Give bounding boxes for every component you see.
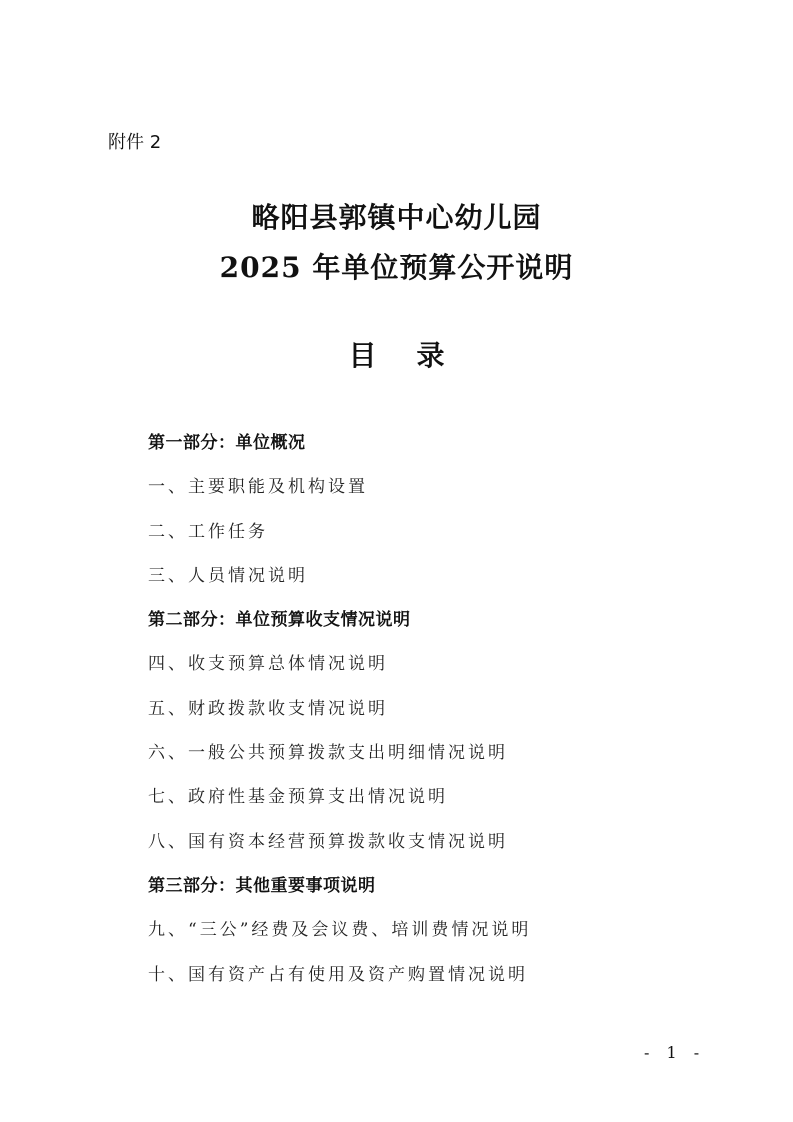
attachment-label: 附件 2 (108, 128, 161, 154)
toc-heading-char-1: 目 (348, 334, 376, 374)
toc-item-2: 二、工作任务 (148, 519, 531, 563)
toc-part-3: 第三部分：其他重要事项说明 (148, 873, 531, 917)
toc-item-8: 八、国有资本经营预算拨款收支情况说明 (148, 829, 531, 873)
toc-item-4: 四、收支预算总体情况说明 (148, 651, 531, 695)
toc-part-1: 第一部分：单位概况 (148, 430, 531, 474)
toc-part-2: 第二部分：单位预算收支情况说明 (148, 607, 531, 651)
toc-item-1: 一、主要职能及机构设置 (148, 474, 531, 518)
page-number: - 1 - (644, 1043, 705, 1062)
toc-item-9: 九、“三公”经费及会议费、培训费情况说明 (148, 917, 531, 961)
toc-item-7: 七、政府性基金预算支出情况说明 (148, 784, 531, 828)
toc-item-5: 五、财政拨款收支情况说明 (148, 696, 531, 740)
table-of-contents: 第一部分：单位概况 一、主要职能及机构设置 二、工作任务 三、人员情况说明 第二… (148, 430, 531, 1006)
toc-heading: 目录 (0, 334, 793, 374)
toc-item-6: 六、一般公共预算拨款支出明细情况说明 (148, 740, 531, 784)
toc-heading-char-2: 录 (417, 334, 445, 374)
document-title-line-2: 2025 年单位预算公开说明 (0, 246, 793, 286)
document-title-line-1: 略阳县郭镇中心幼儿园 (0, 196, 793, 236)
toc-item-3: 三、人员情况说明 (148, 563, 531, 607)
toc-item-10: 十、国有资产占有使用及资产购置情况说明 (148, 962, 531, 1006)
